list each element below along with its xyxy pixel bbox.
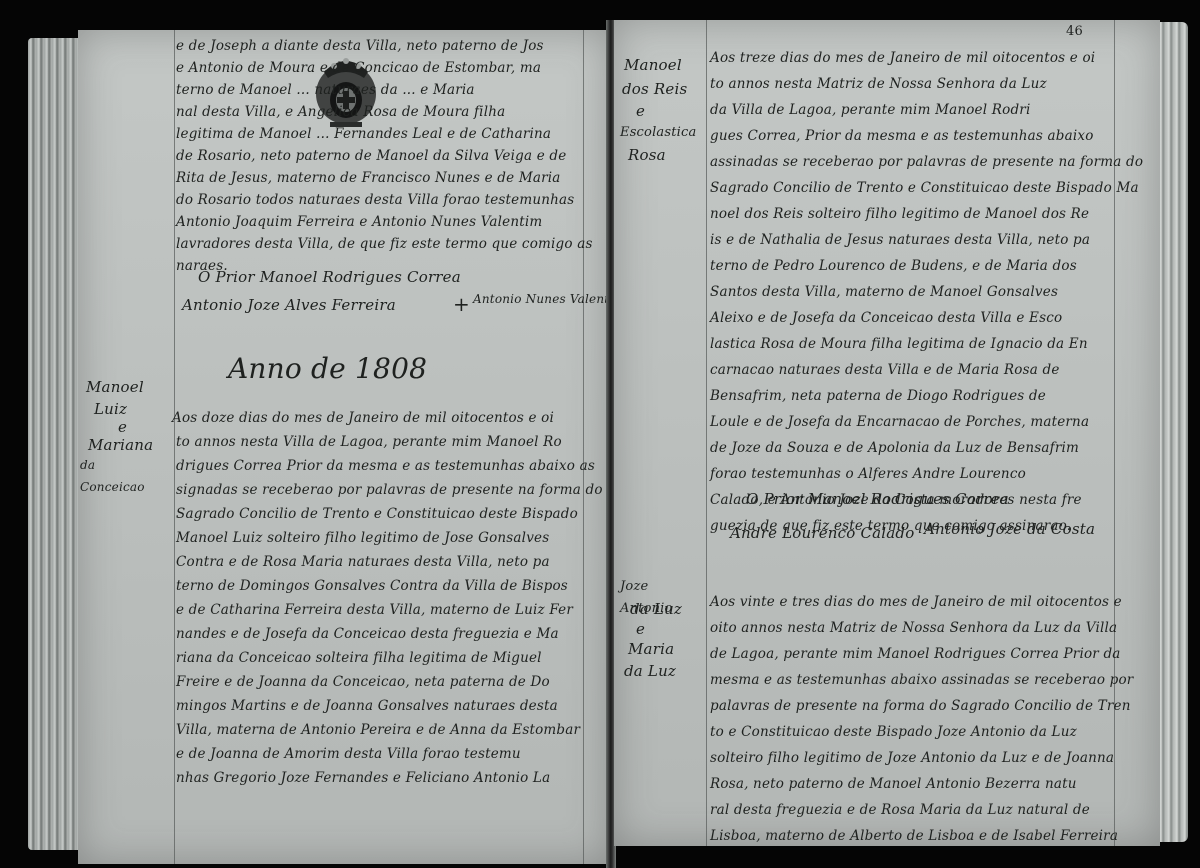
text-line: de Rosario, neto paterno de Manoel da Si… xyxy=(176,148,566,164)
text-line: oito annos nesta Matriz de Nossa Senhora… xyxy=(710,620,1117,636)
text-line: drigues Correa Prior da mesma e as teste… xyxy=(176,458,595,474)
text-line: lavradores desta Villa, de que fiz este … xyxy=(176,236,593,252)
text-line: Aos vinte e tres dias do mes de Janeiro … xyxy=(710,594,1122,610)
text-line: Santos desta Villa, materno de Manoel Go… xyxy=(710,284,1058,300)
text-line: carnacao naturaes desta Villa e de Maria… xyxy=(710,362,1060,378)
text-line: solteiro filho legitimo de Joze Antonio … xyxy=(710,750,1114,766)
witness-signature: Antonio Nunes Valentim xyxy=(473,292,610,306)
text-line: Lisboa, materno de Alberto de Lisboa e d… xyxy=(710,828,1118,844)
text-line: Aleixo e de Josefa da Conceicao desta Vi… xyxy=(710,310,1062,326)
priest-signature: O Prior Manoel Rodrigues Correa xyxy=(746,490,1009,508)
cross-mark-icon: + xyxy=(453,292,470,316)
year-heading: Anno de 1808 xyxy=(228,352,427,385)
witness-signature: Antonio Joze Alves Ferreira xyxy=(182,296,396,314)
text-line: Sagrado Concilio de Trento e Constituica… xyxy=(176,506,578,522)
margin-name: dos Reis xyxy=(622,78,702,100)
margin-name: e xyxy=(636,618,716,640)
text-line: Antonio Joaquim Ferreira e Antonio Nunes… xyxy=(176,214,542,230)
margin-name: Manoel xyxy=(86,376,166,398)
text-line: to e Constituicao deste Bispado Joze Ant… xyxy=(710,724,1077,740)
margin-name: da Luz xyxy=(630,598,710,620)
text-line: e de Joseph a diante desta Villa, neto p… xyxy=(176,38,544,54)
text-line: signadas se receberao por palavras de pr… xyxy=(176,482,603,498)
left-page: e de Joseph a diante desta Villa, neto p… xyxy=(78,30,610,864)
margin-name: Rosa xyxy=(628,144,708,166)
text-line: Aos treze dias do mes de Janeiro de mil … xyxy=(710,50,1095,66)
left-margin-rule xyxy=(174,30,175,864)
text-line: terno de Pedro Lourenco de Budens, e de … xyxy=(710,258,1077,274)
text-line: legitima de Manoel ... Fernandes Leal e … xyxy=(176,126,551,142)
text-line: to annos nesta Villa de Lagoa, perante m… xyxy=(176,434,562,450)
text-line: lastica Rosa de Moura filha legitima de … xyxy=(710,336,1088,352)
text-line: de Lagoa, perante mim Manoel Rodrigues C… xyxy=(710,646,1121,662)
text-line: terno de Manoel ... naturaes da ... e Ma… xyxy=(176,82,475,98)
text-line: nal desta Villa, e Angelica Rosa de Mour… xyxy=(176,104,505,120)
text-line: Contra e de Rosa Maria naturaes desta Vi… xyxy=(176,554,550,570)
text-line: Sagrado Concilio de Trento e Constituica… xyxy=(710,180,1139,196)
text-line: e de Joanna de Amorim desta Villa forao … xyxy=(176,746,521,762)
text-line: Freire e de Joanna da Conceicao, neta pa… xyxy=(176,674,550,690)
text-line: da Villa de Lagoa, perante mim Manoel Ro… xyxy=(710,102,1030,118)
text-line: assinadas se receberao por palavras de p… xyxy=(710,154,1143,170)
left-page-edges xyxy=(28,38,84,850)
text-line: noel dos Reis solteiro filho legitimo de… xyxy=(710,206,1089,222)
left-outer-rule xyxy=(583,30,584,864)
text-line: palavras de presente na forma do Sagrado… xyxy=(710,698,1131,714)
text-line: do Rosario todos naturaes desta Villa fo… xyxy=(176,192,574,208)
margin-name: da Luz xyxy=(624,660,704,682)
text-line: mesma e as testemunhas abaixo assinadas … xyxy=(710,672,1133,688)
witness-signature: Antonio Joze da Costa xyxy=(924,520,1095,538)
text-line: nandes e de Josefa da Conceicao desta fr… xyxy=(176,626,559,642)
text-line: riana da Conceicao solteira filha legiti… xyxy=(176,650,542,666)
text-line: gues Correa, Prior da mesma e as testemu… xyxy=(710,128,1094,144)
text-line: Aos doze dias do mes de Janeiro de mil o… xyxy=(172,410,554,426)
text-line: is e de Nathalia de Jesus naturaes desta… xyxy=(710,232,1090,248)
text-line: nhas Gregorio Joze Fernandes e Feliciano… xyxy=(176,770,550,786)
text-line: to annos nesta Matriz de Nossa Senhora d… xyxy=(710,76,1047,92)
margin-name: Mariana xyxy=(88,434,168,456)
text-line: e de Catharina Ferreira desta Villa, mat… xyxy=(176,602,573,618)
text-line: Manoel Luiz solteiro filho legitimo de J… xyxy=(176,530,549,546)
text-line: e Antonio de Moura e de Concicao de Esto… xyxy=(176,60,541,76)
text-line: forao testemunhas o Alferes Andre Louren… xyxy=(710,466,1026,482)
margin-name: Maria xyxy=(628,638,708,660)
page-number: 46 xyxy=(1066,24,1083,39)
text-line: de Joze da Souza e de Apolonia da Luz de… xyxy=(710,440,1079,456)
margin-name: da Conceicao xyxy=(80,454,160,498)
text-line: Rita de Jesus, materno de Francisco Nune… xyxy=(176,170,561,186)
priest-signature: O Prior Manoel Rodrigues Correa xyxy=(198,268,461,286)
text-line: ral desta freguezia e de Rosa Maria da L… xyxy=(710,802,1090,818)
text-line: mingos Martins e de Joanna Gonsalves nat… xyxy=(176,698,558,714)
margin-name: Escolastica xyxy=(620,122,700,144)
margin-name: e xyxy=(636,100,716,122)
right-outer-rule xyxy=(1114,20,1115,846)
text-line: Villa, materna de Antonio Pereira e de A… xyxy=(176,722,580,738)
text-line: Loule e de Josefa da Encarnacao de Porch… xyxy=(710,414,1089,430)
right-page: 46 Manoel dos Reis e Escolastica Rosa Ao… xyxy=(614,20,1160,846)
witness-signature: Andre Lourenco Calado xyxy=(730,524,914,542)
text-line: Rosa, neto paterno de Manoel Antonio Bez… xyxy=(710,776,1077,792)
open-register-book: e de Joseph a diante desta Villa, neto p… xyxy=(0,0,1200,868)
text-line: terno de Domingos Gonsalves Contra da Vi… xyxy=(176,578,568,594)
text-line: Bensafrim, neta paterna de Diogo Rodrigu… xyxy=(710,388,1046,404)
margin-name: Manoel xyxy=(624,54,704,76)
